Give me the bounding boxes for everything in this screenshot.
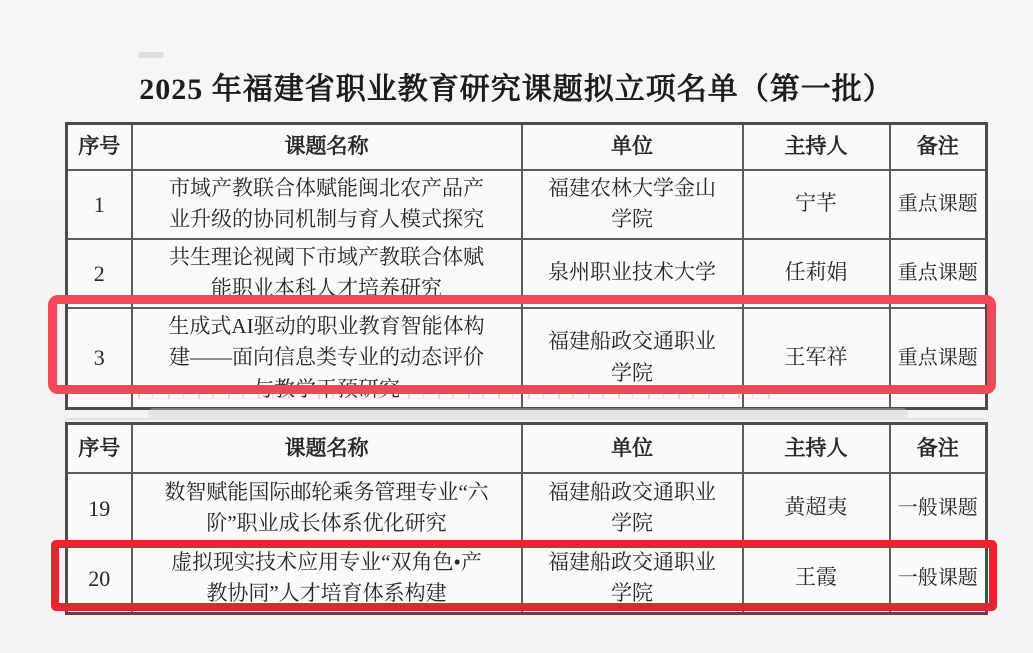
col-header-leader: 主持人: [743, 424, 890, 473]
cell-no: 2: [67, 239, 132, 308]
cell-note: 重点课题: [890, 239, 987, 308]
cell-leader: 任莉娟: [743, 239, 890, 308]
col-header-unit: 单位: [522, 124, 743, 170]
table-header-row: 序号 课题名称 单位 主持人 备注: [67, 124, 987, 170]
page-title: 2025 年福建省职业教育研究课题拟立项名单（第一批）: [0, 64, 1033, 108]
cell-unit: 福建船政交通职业 学院: [522, 473, 743, 544]
col-header-topic: 课题名称: [132, 424, 522, 473]
cropped-row-remnant: [138, 394, 778, 399]
cell-note: 一般课题: [890, 473, 987, 544]
table-row: 19 数智赋能国际邮轮乘务管理专业“六 阶”职业成长体系优化研究 福建船政交通职…: [67, 473, 987, 544]
cell-note: 重点课题: [890, 170, 987, 239]
cell-topic: 数智赋能国际邮轮乘务管理专业“六 阶”职业成长体系优化研究: [132, 473, 522, 544]
cell-unit: 福建农林大学金山 学院: [522, 170, 743, 239]
cell-leader: 宁芊: [743, 170, 890, 239]
col-header-topic: 课题名称: [132, 124, 522, 170]
cell-topic: 市域产教联合体赋能闽北农产品产 业升级的协同机制与育人模式探究: [132, 170, 522, 239]
cell-no: 20: [67, 544, 132, 614]
col-header-note: 备注: [890, 124, 987, 170]
col-header-leader: 主持人: [743, 124, 890, 170]
cell-leader: 黄超夷: [743, 473, 890, 544]
cell-no: 19: [67, 473, 132, 544]
col-header-no: 序号: [67, 124, 132, 170]
col-header-unit: 单位: [522, 424, 743, 473]
table-row: 2 共生理论视阈下市域产教联合体赋 能职业本科人才培养研究 泉州职业技术大学 任…: [67, 239, 987, 308]
cell-unit: 泉州职业技术大学: [522, 239, 743, 308]
projects-table-key: 序号 课题名称 单位 主持人 备注 1 市域产教联合体赋能闽北农产品产 业升级的…: [65, 122, 988, 410]
col-header-no: 序号: [67, 424, 132, 473]
col-header-note: 备注: [890, 424, 987, 473]
cell-note: 一般课题: [890, 544, 987, 614]
cell-leader: 王霞: [743, 544, 890, 614]
cell-topic: 共生理论视阈下市域产教联合体赋 能职业本科人才培养研究: [132, 239, 522, 308]
cell-note: 重点课题: [890, 308, 987, 409]
scan-smudge: [138, 52, 164, 58]
cell-no: 1: [67, 170, 132, 239]
scan-smudge: [148, 408, 908, 418]
table-row-highlighted: 20 虚拟现实技术应用专业“双角色•产 教协同”人才培育体系构建 福建船政交通职…: [67, 544, 987, 614]
projects-table-general: 序号 课题名称 单位 主持人 备注 19 数智赋能国际邮轮乘务管理专业“六 阶”…: [65, 422, 988, 615]
scan-artifact-line: [65, 418, 985, 420]
table-row: 1 市域产教联合体赋能闽北农产品产 业升级的协同机制与育人模式探究 福建农林大学…: [67, 170, 987, 239]
cell-no: 3: [67, 308, 132, 409]
cell-unit: 福建船政交通职业 学院: [522, 544, 743, 614]
cell-topic: 虚拟现实技术应用专业“双角色•产 教协同”人才培育体系构建: [132, 544, 522, 614]
table-header-row: 序号 课题名称 单位 主持人 备注: [67, 424, 987, 473]
document-page: 2025 年福建省职业教育研究课题拟立项名单（第一批） 序号 课题名称 单位 主…: [0, 0, 1033, 653]
